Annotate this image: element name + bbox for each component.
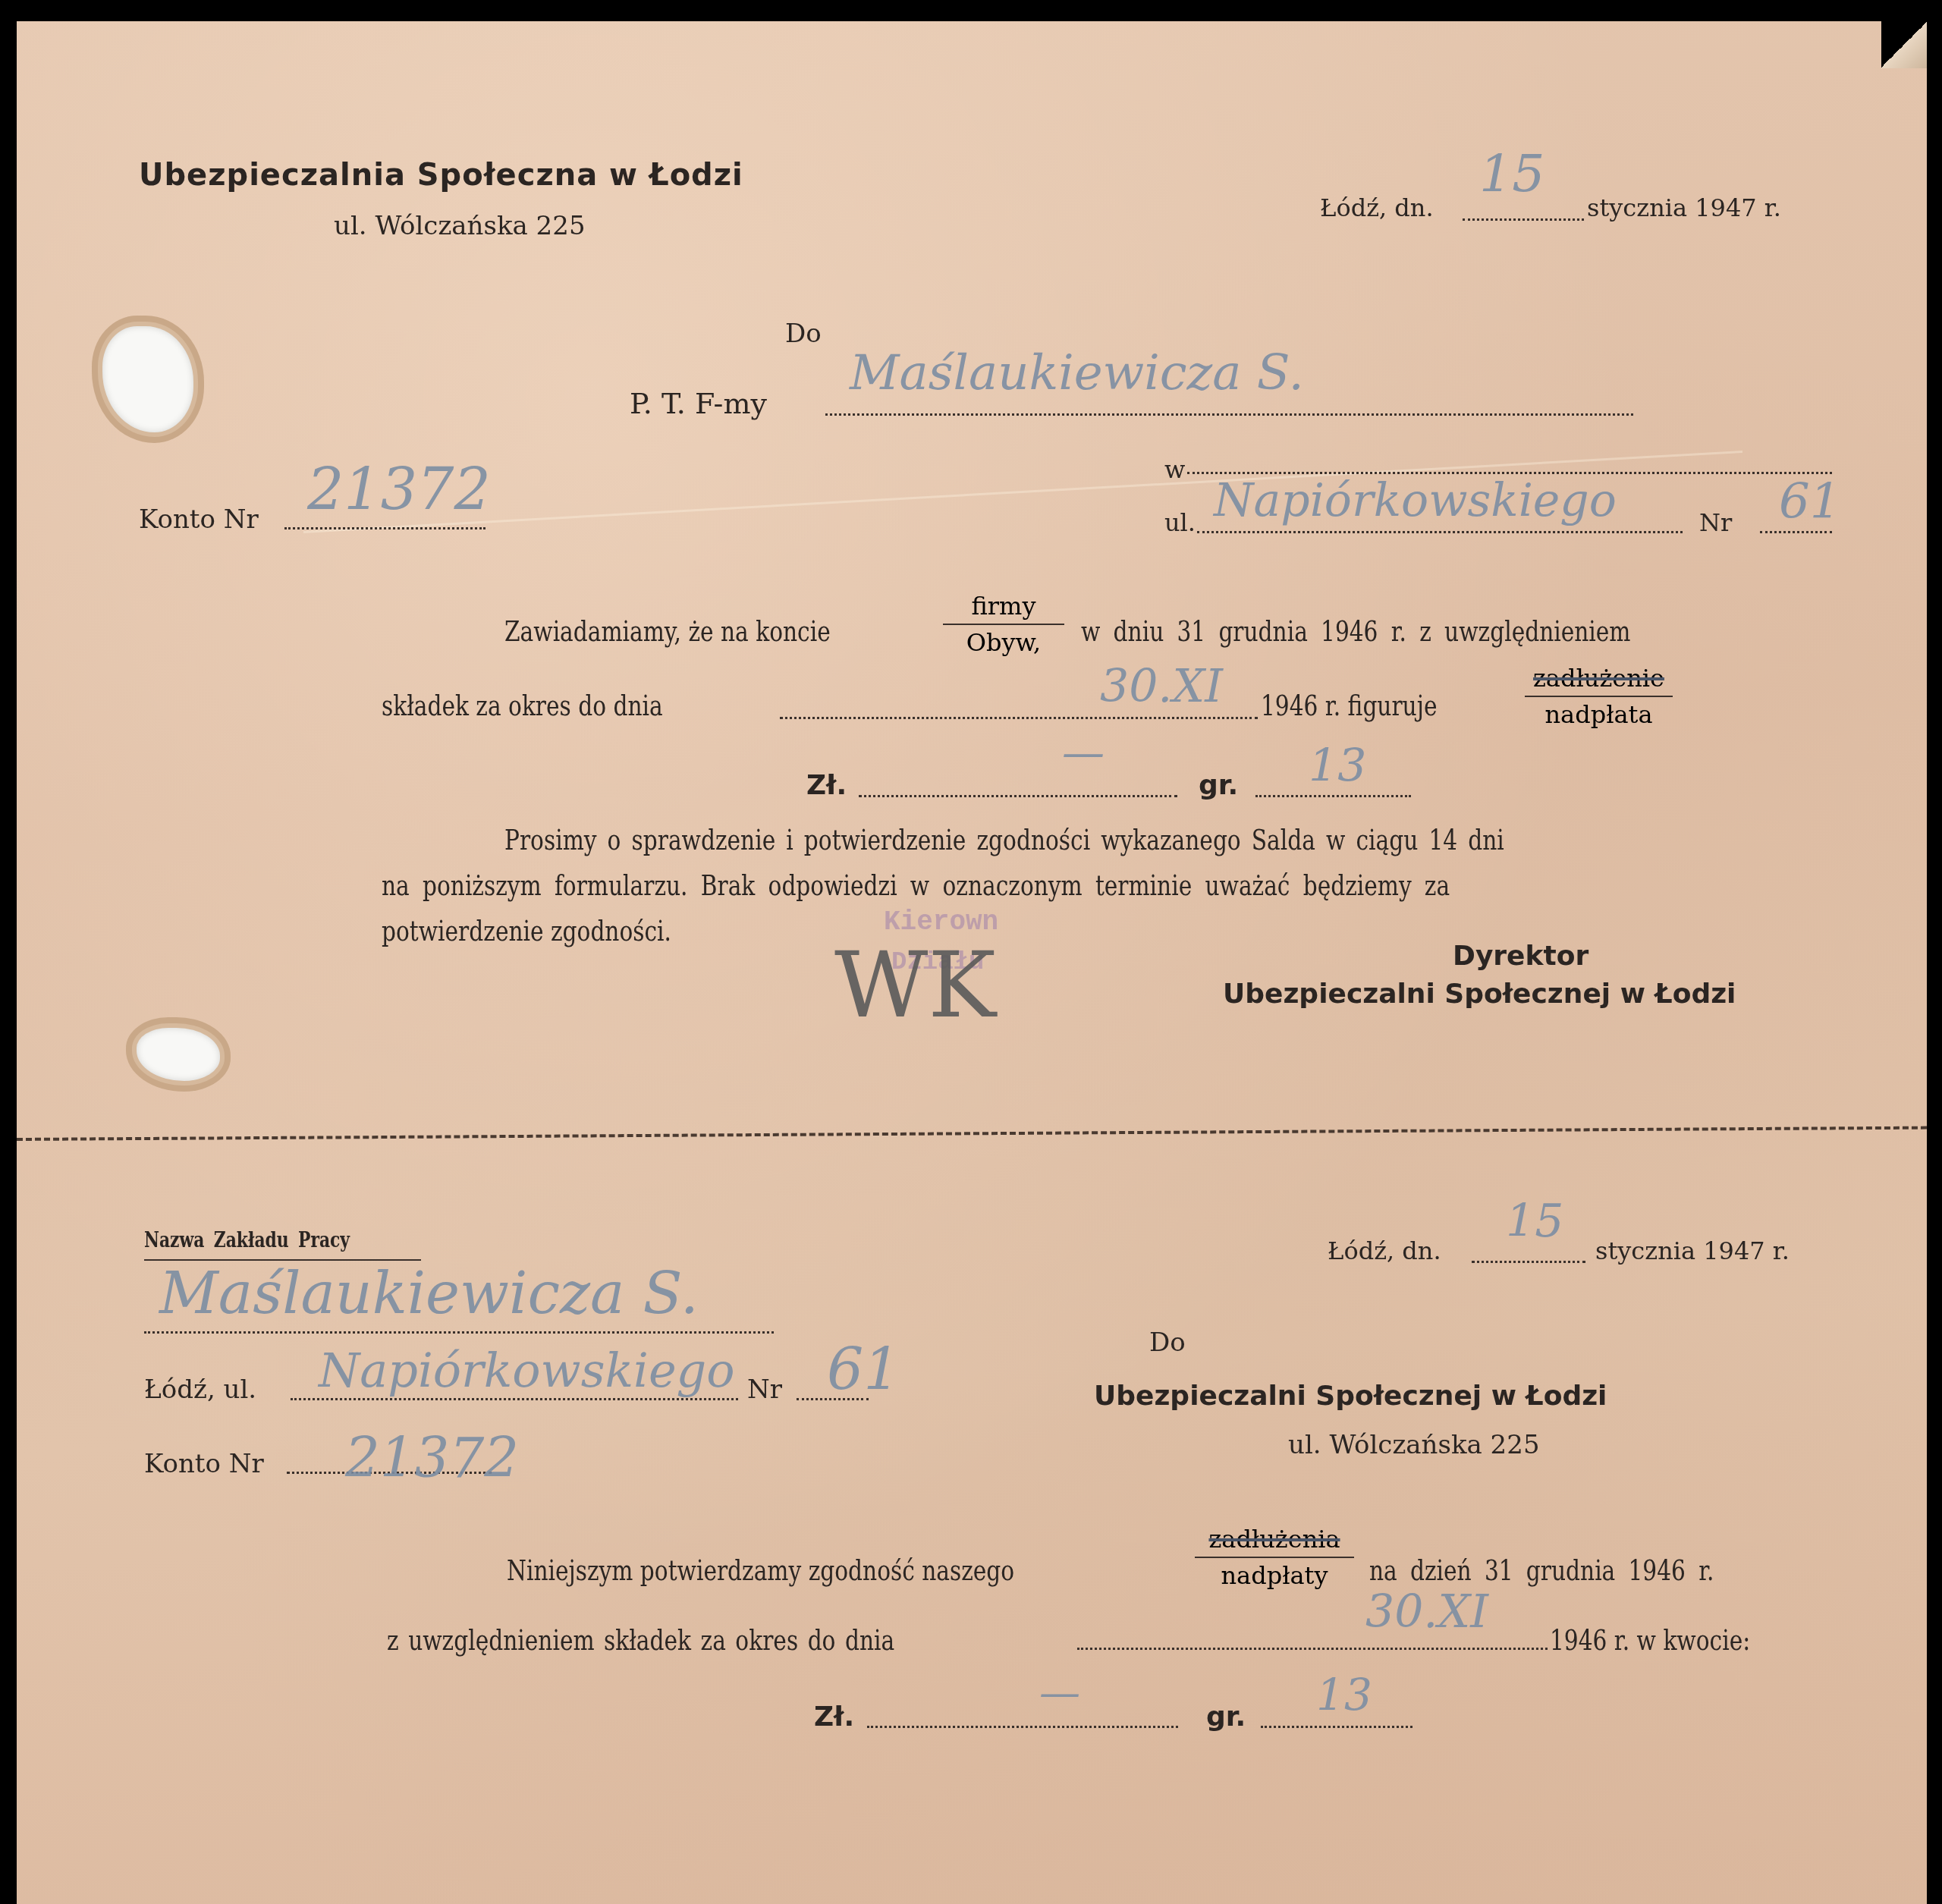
- period-field[interactable]: [780, 717, 1258, 719]
- date-day-field[interactable]: [1463, 218, 1584, 221]
- status-overpayment: nadpłata: [1544, 700, 1652, 729]
- lower-zl-label: Zł.: [814, 1701, 854, 1733]
- account-type-fraction: firmy Obyw,: [943, 592, 1064, 657]
- street-field[interactable]: [1197, 531, 1683, 533]
- lower-number-label: Nr: [747, 1375, 782, 1405]
- workplace-field[interactable]: [144, 1331, 774, 1334]
- initials-handwritten: WK: [834, 933, 996, 1038]
- house-number-field[interactable]: [1760, 531, 1832, 533]
- lower-date-prefix: Łódź, dn.: [1328, 1236, 1441, 1265]
- lower-zl-handwritten: —: [1039, 1669, 1080, 1717]
- fraction-top-firmy: firmy: [971, 592, 1035, 621]
- lower-account-label: Konto Nr: [144, 1449, 264, 1479]
- signature-institution: Ubezpieczalni Społecznej w Łodzi: [1223, 979, 1736, 1010]
- issuer-name: Ubezpieczalnia Społeczna w Łodzi: [139, 158, 743, 193]
- lower-gr-label: gr.: [1206, 1701, 1246, 1733]
- notice-line1-start: Zawiadamiamy, że na koncie: [504, 614, 831, 648]
- lower-zl-field[interactable]: [867, 1726, 1178, 1728]
- confirm-debt-struck: zadłużenia: [1208, 1525, 1340, 1554]
- zl-handwritten: —: [1062, 728, 1105, 778]
- gr-field[interactable]: [1255, 795, 1411, 797]
- city-label: w: [1164, 455, 1185, 484]
- confirm-line1-end: na dzień 31 grudnia 1946 r.: [1369, 1554, 1714, 1587]
- account-number-handwritten: 21372: [307, 455, 491, 523]
- lower-street-label: Łódź, ul.: [144, 1375, 256, 1405]
- street-label: ul.: [1164, 508, 1196, 537]
- confirm-balance-fraction: zadłużenia nadpłaty: [1195, 1525, 1354, 1590]
- lower-date-day-handwritten: 15: [1506, 1195, 1563, 1248]
- date-day-handwritten: 15: [1479, 144, 1545, 204]
- firm-name-field[interactable]: [825, 413, 1633, 416]
- account-number-field[interactable]: [284, 527, 485, 529]
- gr-label: gr.: [1199, 770, 1238, 801]
- balance-status-fraction: zadłużenie nadpłata: [1525, 664, 1673, 729]
- lower-street-handwritten: Napiórkowskiego: [319, 1343, 735, 1398]
- street-handwritten: Napiórkowskiego: [1214, 474, 1617, 527]
- lower-street-field[interactable]: [291, 1398, 738, 1400]
- issuer-address: ul. Wólczańska 225: [334, 211, 586, 241]
- request-line2: na poniższym formularzu. Brak odpowiedzi…: [382, 869, 1450, 902]
- fraction-bottom-obyw: Obyw,: [966, 628, 1042, 657]
- lower-date-suffix: stycznia 1947 r.: [1595, 1236, 1790, 1265]
- date-suffix: stycznia 1947 r.: [1587, 193, 1781, 222]
- zl-label: Zł.: [806, 770, 847, 801]
- workplace-handwritten: Maślaukiewicza S.: [159, 1259, 699, 1327]
- notice-line1-end: w dniu 31 grudnia 1946 r. z uwzględnieni…: [1081, 614, 1630, 648]
- number-label: Nr: [1699, 508, 1732, 537]
- date-prefix: Łódź, dn.: [1320, 193, 1434, 222]
- house-number-handwritten: 61: [1779, 474, 1840, 530]
- firm-name-handwritten: Maślaukiewicza S.: [850, 345, 1304, 401]
- gr-handwritten: 13: [1309, 740, 1366, 793]
- lower-gr-handwritten: 13: [1316, 1669, 1372, 1720]
- period-handwritten: 30.XI: [1100, 660, 1223, 713]
- account-label: Konto Nr: [139, 504, 259, 535]
- lower-gr-field[interactable]: [1261, 1726, 1413, 1728]
- status-debt-struck: zadłużenie: [1533, 664, 1664, 693]
- to-label: Do: [785, 319, 822, 349]
- request-line1: Prosimy o sprawdzenie i potwierdzenie zg…: [504, 823, 1504, 856]
- lower-house-number-handwritten: 61: [827, 1335, 900, 1403]
- signature-title: Dyrektor: [1453, 941, 1588, 972]
- notice-line2-mid: 1946 r. figuruje: [1261, 689, 1437, 722]
- lower-recipient-address: ul. Wólczańska 225: [1288, 1430, 1540, 1460]
- lower-date-day-field[interactable]: [1472, 1261, 1585, 1263]
- folded-corner: [1881, 21, 1927, 68]
- lower-to-label: Do: [1149, 1327, 1186, 1358]
- confirm-line2-start: z uwzględnieniem składek za okres do dni…: [387, 1623, 894, 1657]
- confirm-period-field[interactable]: [1077, 1648, 1548, 1650]
- firm-label: P. T. F-my: [630, 387, 767, 420]
- confirm-period-handwritten: 30.XI: [1365, 1585, 1488, 1639]
- confirm-line2-end: 1946 r. w kwocie:: [1550, 1623, 1750, 1657]
- lower-recipient-name: Ubezpieczalni Społecznej w Łodzi: [1094, 1381, 1607, 1412]
- zl-field[interactable]: [859, 795, 1177, 797]
- request-line3: potwierdzenie zgodności.: [382, 914, 671, 947]
- notice-line2-start: składek za okres do dnia: [382, 689, 663, 722]
- confirm-overpayment: nadpłaty: [1221, 1561, 1328, 1590]
- workplace-label: Nazwa Zakładu Pracy: [144, 1227, 350, 1252]
- confirm-line1-start: Niniejszym potwierdzamy zgodność naszego: [507, 1554, 1014, 1587]
- lower-account-handwritten: 21372: [345, 1426, 519, 1490]
